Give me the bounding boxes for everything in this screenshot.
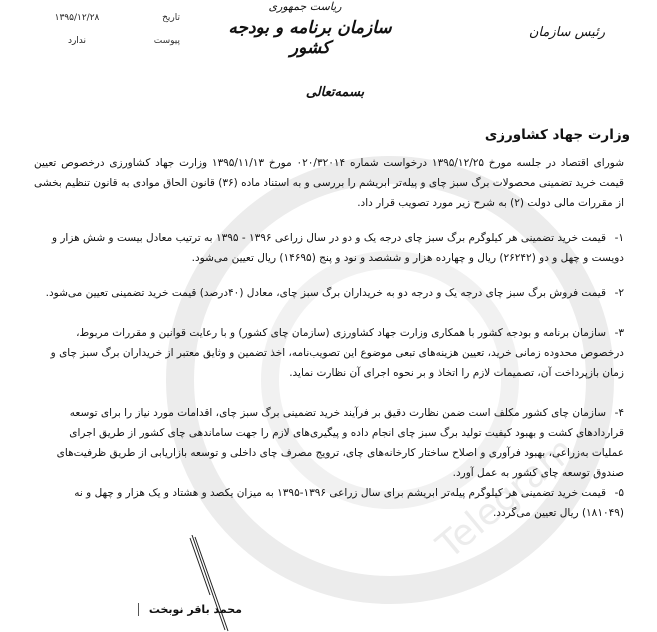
item-text: سازمان برنامه و بودجه کشور با همکاری وزا… (51, 327, 624, 379)
attachment-label: پیوست (140, 36, 180, 46)
item-number: ۱- (606, 228, 624, 248)
item-number: ۲- (606, 283, 624, 303)
head-title: رئیس سازمان (505, 25, 605, 40)
organization-name: سازمان برنامه و بودجه کشور (210, 18, 410, 58)
addressee: وزارت جهاد کشاورزی (420, 127, 630, 143)
item-number: ۵- (606, 483, 624, 503)
letterhead-top-line: ریاست جمهوری (250, 0, 360, 13)
signatory-name: محمد باقر نوبخت (138, 603, 242, 616)
date-value: ۱۳۹۵/۱۲/۲۸ (42, 13, 112, 23)
attachment-value: ندارد (42, 36, 112, 46)
item-number: ۳- (606, 323, 624, 343)
item-text: قیمت خرید تضمینی هر کیلوگرم پیله‌تر ابری… (74, 487, 624, 519)
item-text: قیمت خرید تضمینی هر کیلوگرم برگ سبز چای … (52, 232, 624, 264)
item-text: قیمت فروش برگ سبز چای درجه یک و درجه دو … (46, 287, 606, 299)
list-item-5: ۵-قیمت خرید تضمینی هر کیلوگرم پیله‌تر اب… (34, 483, 624, 523)
signature-stroke (150, 535, 230, 632)
list-item-3: ۳-سازمان برنامه و بودجه کشور با همکاری و… (34, 323, 624, 383)
intro-paragraph: شورای اقتصاد در جلسه مورخ ۱۳۹۵/۱۲/۲۵ درخ… (34, 153, 624, 213)
date-label: تاریخ (140, 13, 180, 23)
list-item-2: ۲-قیمت فروش برگ سبز چای درجه یک و درجه د… (34, 283, 624, 303)
list-item-4: ۴-سازمان چای کشور مکلف است ضمن نظارت دقی… (34, 403, 624, 483)
bismillah: بسمه‌تعالی (285, 85, 385, 100)
list-item-1: ۱-قیمت خرید تضمینی هر کیلوگرم برگ سبز چا… (34, 228, 624, 268)
item-number: ۴- (606, 403, 624, 423)
item-text: سازمان چای کشور مکلف است ضمن نظارت دقیق … (57, 407, 624, 479)
